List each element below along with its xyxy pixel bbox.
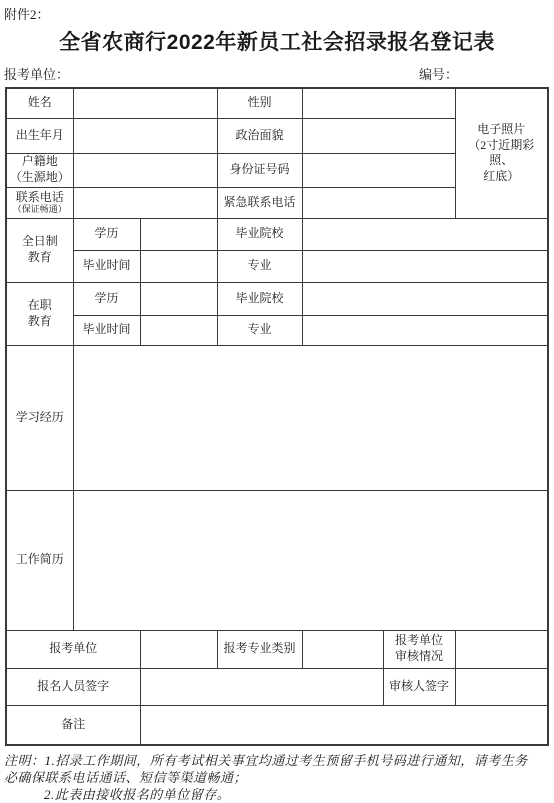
- work-resume-label: 工作简历: [6, 490, 73, 630]
- inservice-grad-school-label: 毕业院校: [217, 282, 302, 315]
- inservice-major-value-cell: [302, 315, 548, 345]
- apply-unit-value-cell: [140, 630, 217, 668]
- gender-label: 性别: [217, 88, 302, 118]
- fulltime-degree-label: 学历: [73, 218, 140, 250]
- reviewer-signature-value-cell: [455, 668, 548, 705]
- fulltime-degree-value-cell: [140, 218, 217, 250]
- table-row: 备注: [6, 705, 548, 745]
- registration-form-page: 附件2： 全省农商行2022年新员工社会招录报名登记表 报考单位： 编号： 姓名…: [0, 0, 554, 803]
- phone-label-sub: （保证畅通）: [9, 205, 71, 215]
- inservice-education-label: 在职 教育: [6, 282, 73, 345]
- form-number-label: 编号：: [419, 64, 458, 83]
- apply-unit-header-label: 报考单位：: [4, 64, 69, 83]
- inservice-grad-school-value-cell: [302, 282, 548, 315]
- fulltime-major-value-cell: [302, 250, 548, 282]
- note-line-1: 注明：1.招录工作期间，所有考试相关事宜均通过考生预留手机号码进行通知，请考生务: [4, 752, 552, 769]
- id-number-label: 身份证号码: [217, 153, 302, 187]
- applicant-signature-label: 报名人员签字: [6, 668, 140, 705]
- phone-label: 联系电话 （保证畅通）: [6, 187, 73, 218]
- name-label: 姓名: [6, 88, 73, 118]
- apply-major-category-value-cell: [302, 630, 383, 668]
- fulltime-education-label: 全日制 教育: [6, 218, 73, 282]
- fulltime-grad-school-value-cell: [302, 218, 548, 250]
- unit-review-label: 报考单位 审核情况: [383, 630, 455, 668]
- inservice-grad-time-label: 毕业时间: [73, 315, 140, 345]
- apply-major-category-label: 报考专业类别: [217, 630, 302, 668]
- political-status-value-cell: [302, 118, 455, 153]
- registration-table: 姓名 性别 电子照片 （2寸近期彩照、 红底） 出生年月 政治面貌 户籍地 （生…: [5, 87, 549, 746]
- name-value-cell: [73, 88, 217, 118]
- inservice-grad-time-value-cell: [140, 315, 217, 345]
- table-row: 全日制 教育 学历 毕业院校: [6, 218, 548, 250]
- note-line-3: 2.此表由接收报名的单位留存。: [4, 786, 552, 803]
- note-line-2: 必确保联系电话通话、短信等渠道畅通；: [4, 769, 552, 786]
- reviewer-signature-label: 审核人签字: [383, 668, 455, 705]
- gender-value-cell: [302, 88, 455, 118]
- phone-label-main: 联系电话: [9, 190, 71, 204]
- table-row: 毕业时间 专业: [6, 250, 548, 282]
- table-row: 在职 教育 学历 毕业院校: [6, 282, 548, 315]
- study-experience-label: 学习经历: [6, 345, 73, 490]
- fulltime-grad-time-value-cell: [140, 250, 217, 282]
- household-value-cell: [73, 153, 217, 187]
- phone-value-cell: [73, 187, 217, 218]
- table-row: 报名人员签字 审核人签字: [6, 668, 548, 705]
- id-number-value-cell: [302, 153, 455, 187]
- attachment-label: 附件2：: [4, 4, 50, 23]
- unit-review-value-cell: [455, 630, 548, 668]
- table-row: 姓名 性别 电子照片 （2寸近期彩照、 红底）: [6, 88, 548, 118]
- inservice-degree-value-cell: [140, 282, 217, 315]
- table-row: 学习经历: [6, 345, 548, 490]
- birth-date-value-cell: [73, 118, 217, 153]
- fulltime-grad-time-label: 毕业时间: [73, 250, 140, 282]
- fulltime-grad-school-label: 毕业院校: [217, 218, 302, 250]
- apply-unit-label: 报考单位: [6, 630, 140, 668]
- inservice-degree-label: 学历: [73, 282, 140, 315]
- remarks-label: 备注: [6, 705, 140, 745]
- remarks-value-cell: [140, 705, 548, 745]
- birth-date-label: 出生年月: [6, 118, 73, 153]
- table-row: 报考单位 报考专业类别 报考单位 审核情况: [6, 630, 548, 668]
- page-title: 全省农商行2022年新员工社会招录报名登记表: [0, 26, 554, 56]
- emergency-phone-label: 紧急联系电话: [217, 187, 302, 218]
- table-row: 工作简历: [6, 490, 548, 630]
- inservice-major-label: 专业: [217, 315, 302, 345]
- work-resume-value-cell: [73, 490, 548, 630]
- political-status-label: 政治面貌: [217, 118, 302, 153]
- table-row: 毕业时间 专业: [6, 315, 548, 345]
- emergency-phone-value-cell: [302, 187, 455, 218]
- household-label: 户籍地 （生源地）: [6, 153, 73, 187]
- fulltime-major-label: 专业: [217, 250, 302, 282]
- applicant-signature-value-cell: [140, 668, 383, 705]
- study-experience-value-cell: [73, 345, 548, 490]
- photo-placeholder: 电子照片 （2寸近期彩照、 红底）: [455, 88, 548, 218]
- footer-notes: 注明：1.招录工作期间，所有考试相关事宜均通过考生预留手机号码进行通知，请考生务…: [4, 752, 552, 803]
